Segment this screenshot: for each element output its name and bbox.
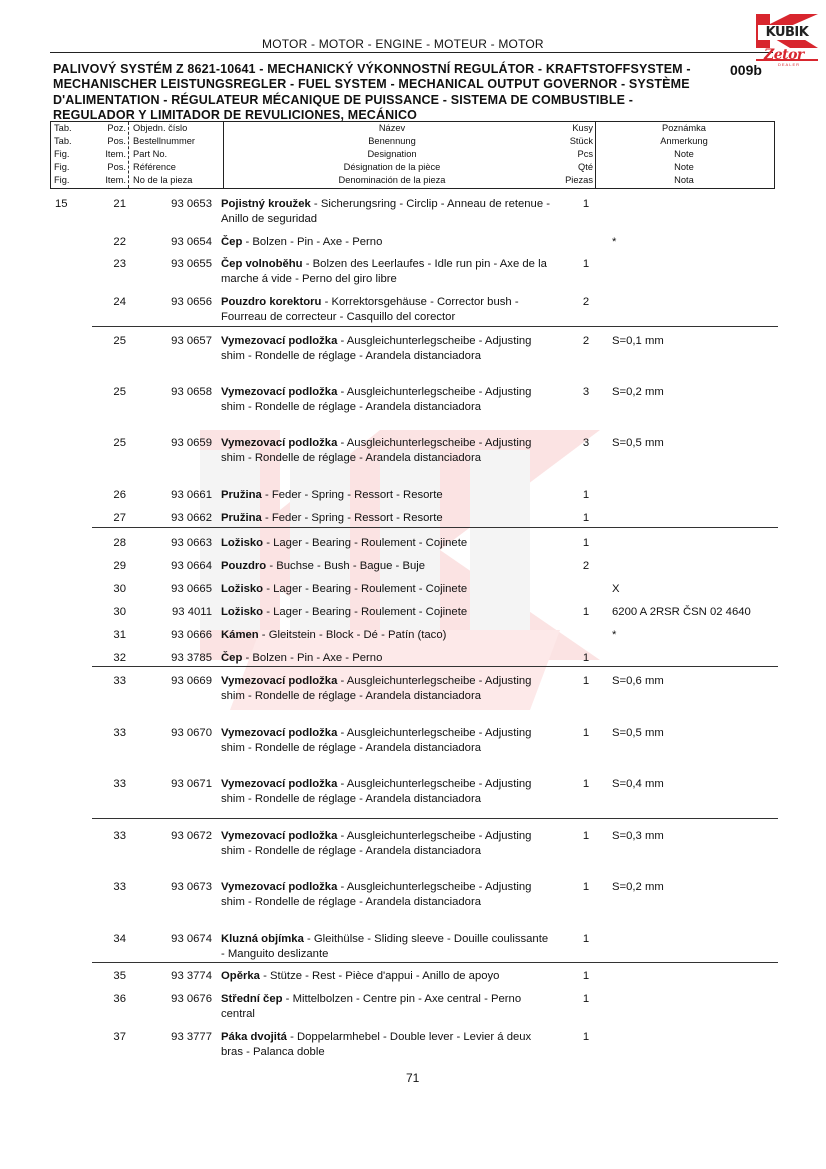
cell-position: 25 [100, 385, 126, 400]
cell-quantity: 1 [576, 488, 596, 503]
header-label: Fig. [54, 161, 99, 174]
logo-tagline: DEALER [778, 62, 800, 67]
cell-position: 32 [100, 651, 126, 666]
cell-quantity: 1 [576, 829, 596, 844]
heading-line: PALIVOVÝ SYSTÉM Z 8621-10641 - MECHANICK… [53, 62, 733, 77]
cell-description: Opěrka - Stütze - Rest - Pièce d'appui -… [221, 969, 551, 984]
description-translations: - Lager - Bearing - Roulement - Cojinete [263, 583, 467, 595]
description-czech-name: Pružina [221, 489, 262, 501]
cell-position: 33 [100, 777, 126, 792]
header-label: Kusy [559, 122, 593, 135]
cell-position: 33 [100, 726, 126, 741]
cell-position: 36 [100, 992, 126, 1007]
cell-part-number: 93 0671 [140, 777, 212, 792]
description-czech-name: Pouzdro korektoru [221, 296, 321, 308]
cell-quantity: 1 [576, 880, 596, 895]
cell-position: 22 [100, 235, 126, 250]
cell-position: 25 [100, 436, 126, 451]
cell-note: * [612, 628, 792, 643]
description-translations: - Feder - Spring - Ressort - Resorte [262, 512, 443, 524]
cell-part-number: 93 0664 [140, 559, 212, 574]
cell-part-number: 93 0673 [140, 880, 212, 895]
description-czech-name: Vymezovací podložka [221, 881, 337, 893]
cell-description: Ložisko - Lager - Bearing - Roulement - … [221, 536, 551, 551]
logo-brand-text: KUBIK [758, 25, 816, 40]
header-label: Stück [559, 135, 593, 148]
header-label: Pos. [99, 161, 126, 174]
cell-position: 30 [100, 582, 126, 597]
header-label: Fig. [54, 148, 99, 161]
header-label: Note [596, 161, 772, 174]
cell-part-number: 93 0669 [140, 674, 212, 689]
cell-note: S=0,5 mm [612, 726, 792, 741]
group-separator [92, 962, 778, 963]
description-translations: - Bolzen - Pin - Axe - Perno [242, 652, 382, 664]
description-czech-name: Páka dvojitá [221, 1031, 287, 1043]
cell-description: Vymezovací podložka - Ausgleichunterlegs… [221, 777, 551, 807]
cell-description: Pojistný kroužek - Sicherungsring - Circ… [221, 197, 551, 227]
cell-note: S=0,2 mm [612, 880, 792, 895]
cell-position: 34 [100, 932, 126, 947]
kubik-zetor-logo: KUBIK Zetor DEALER [756, 14, 818, 70]
description-czech-name: Kámen [221, 629, 259, 641]
cell-position: 33 [100, 829, 126, 844]
header-label: Pcs [559, 148, 593, 161]
cell-description: Vymezovací podložka - Ausgleichunterlegs… [221, 436, 551, 466]
cell-description: Ložisko - Lager - Bearing - Roulement - … [221, 582, 551, 597]
description-czech-name: Vymezovací podložka [221, 335, 337, 347]
description-translations: - Lager - Bearing - Roulement - Cojinete [263, 537, 467, 549]
header-col-note: Poznámka Anmerkung Note Note Nota [596, 122, 772, 188]
header-label: Benennung [224, 135, 560, 148]
header-label: Anmerkung [596, 135, 772, 148]
cell-position: 33 [100, 674, 126, 689]
cell-part-number: 93 0665 [140, 582, 212, 597]
section-title: MOTOR - MOTOR - ENGINE - MOTEUR - MOTOR [262, 37, 544, 51]
header-label: Qté [559, 161, 593, 174]
cell-position: 30 [100, 605, 126, 620]
description-translations: - Lager - Bearing - Roulement - Cojinete [263, 606, 467, 618]
page-code: 009b [730, 62, 762, 78]
cell-quantity: 1 [576, 651, 596, 666]
description-czech-name: Ložisko [221, 606, 263, 618]
cell-position: 29 [100, 559, 126, 574]
description-czech-name: Ložisko [221, 537, 263, 549]
table-header: Tab. Tab. Fig. Fig. Fig. Poz. Pos. Item.… [50, 121, 775, 189]
cell-description: Vymezovací podložka - Ausgleichunterlegs… [221, 726, 551, 756]
cell-position: 35 [100, 969, 126, 984]
cell-quantity: 1 [576, 674, 596, 689]
cell-part-number: 93 0676 [140, 992, 212, 1007]
description-czech-name: Vymezovací podložka [221, 386, 337, 398]
cell-description: Vymezovací podložka - Ausgleichunterlegs… [221, 674, 551, 704]
cell-part-number: 93 0662 [140, 511, 212, 526]
cell-part-number: 93 4011 [140, 605, 212, 620]
description-czech-name: Kluzná objímka [221, 933, 304, 945]
section-title-rule [50, 52, 773, 53]
header-col-poz: Poz. Pos. Item. Pos. Item. [99, 122, 129, 188]
header-label: Piezas [559, 174, 593, 187]
cell-part-number: 93 0666 [140, 628, 212, 643]
cell-part-number: 93 0657 [140, 334, 212, 349]
cell-position: 24 [100, 295, 126, 310]
description-czech-name: Opěrka [221, 970, 260, 982]
cell-quantity: 1 [576, 932, 596, 947]
header-label: Désignation de la pièce [224, 161, 560, 174]
cell-part-number: 93 0661 [140, 488, 212, 503]
group-separator [92, 818, 778, 819]
cell-quantity: 1 [576, 257, 596, 272]
cell-position: 37 [100, 1030, 126, 1045]
cell-quantity: 1 [576, 992, 596, 1007]
cell-position: 23 [100, 257, 126, 272]
header-label: Poznámka [596, 122, 772, 135]
cell-description: Ložisko - Lager - Bearing - Roulement - … [221, 605, 551, 620]
cell-quantity: 1 [576, 511, 596, 526]
description-translations: - Buchse - Bush - Bague - Buje [266, 560, 425, 572]
cell-part-number: 93 3785 [140, 651, 212, 666]
cell-note: S=0,5 mm [612, 436, 792, 451]
cell-note: S=0,1 mm [612, 334, 792, 349]
cell-part-number: 93 0672 [140, 829, 212, 844]
header-label: Part No. [133, 148, 223, 161]
description-czech-name: Vymezovací podložka [221, 830, 337, 842]
header-col-part: Objedn. číslo Bestellnummer Part No. Réf… [133, 122, 223, 188]
cell-description: Čep - Bolzen - Pin - Axe - Perno [221, 235, 551, 250]
description-czech-name: Čep volnoběhu [221, 258, 303, 270]
cell-part-number: 93 0674 [140, 932, 212, 947]
cell-part-number: 93 0663 [140, 536, 212, 551]
group-separator [92, 527, 778, 528]
header-label: No de la pieza [133, 174, 223, 187]
description-czech-name: Čep [221, 236, 242, 248]
cell-note: S=0,6 mm [612, 674, 792, 689]
cell-part-number: 93 3774 [140, 969, 212, 984]
cell-position: 28 [100, 536, 126, 551]
cell-description: Čep - Bolzen - Pin - Axe - Perno [221, 651, 551, 666]
header-label: Item. [99, 148, 126, 161]
cell-description: Pouzdro korektoru - Korrektorsgehäuse - … [221, 295, 551, 325]
cell-description: Pružina - Feder - Spring - Ressort - Res… [221, 488, 551, 503]
cell-description: Vymezovací podložka - Ausgleichunterlegs… [221, 334, 551, 364]
cell-description: Páka dvojitá - Doppelarmhebel - Double l… [221, 1030, 551, 1060]
header-col-tab: Tab. Tab. Fig. Fig. Fig. [54, 122, 99, 188]
description-translations: - Feder - Spring - Ressort - Resorte [262, 489, 443, 501]
cell-position: 33 [100, 880, 126, 895]
header-label: Objedn. číslo [133, 122, 223, 135]
cell-part-number: 93 0653 [140, 197, 212, 212]
cell-tab: 15 [55, 197, 68, 212]
cell-part-number: 93 3777 [140, 1030, 212, 1045]
cell-position: 27 [100, 511, 126, 526]
description-czech-name: Pružina [221, 512, 262, 524]
header-label: Nota [596, 174, 772, 187]
cell-position: 25 [100, 334, 126, 349]
header-label: Référence [133, 161, 223, 174]
cell-note: X [612, 582, 792, 597]
page-number: 71 [406, 1071, 419, 1085]
header-label: Bestellnummer [133, 135, 223, 148]
cell-part-number: 93 0659 [140, 436, 212, 451]
cell-note: S=0,4 mm [612, 777, 792, 792]
description-translations: - Bolzen - Pin - Axe - Perno [242, 236, 382, 248]
header-label: Item. [99, 174, 126, 187]
description-czech-name: Pojistný kroužek [221, 198, 311, 210]
cell-note: 6200 A 2RSR ČSN 02 4640 [612, 605, 792, 620]
header-label: Tab. [54, 122, 99, 135]
cell-note: S=0,2 mm [612, 385, 792, 400]
cell-quantity: 1 [576, 777, 596, 792]
description-translations: - Stütze - Rest - Pièce d'appui - Anillo… [260, 970, 500, 982]
cell-quantity: 2 [576, 295, 596, 310]
description-czech-name: Vymezovací podložka [221, 675, 337, 687]
cell-quantity: 1 [576, 726, 596, 741]
cell-description: Vymezovací podložka - Ausgleichunterlegs… [221, 385, 551, 415]
cell-description: Pouzdro - Buchse - Bush - Bague - Buje [221, 559, 551, 574]
cell-quantity: 3 [576, 436, 596, 451]
header-label: Poz. [99, 122, 126, 135]
header-label: Denominación de la pieza [224, 174, 560, 187]
description-czech-name: Čep [221, 652, 242, 664]
page-heading: PALIVOVÝ SYSTÉM Z 8621-10641 - MECHANICK… [53, 62, 733, 123]
cell-note: * [612, 235, 792, 250]
cell-note: S=0,3 mm [612, 829, 792, 844]
cell-quantity: 1 [576, 1030, 596, 1045]
description-czech-name: Vymezovací podložka [221, 778, 337, 790]
logo-underline [756, 59, 818, 61]
group-separator [92, 326, 778, 327]
cell-description: Vymezovací podložka - Ausgleichunterlegs… [221, 880, 551, 910]
header-label: Note [596, 148, 772, 161]
description-czech-name: Střední čep [221, 993, 283, 1005]
cell-part-number: 93 0656 [140, 295, 212, 310]
description-translations: - Gleitstein - Block - Dé - Patín (taco) [259, 629, 447, 641]
cell-position: 26 [100, 488, 126, 503]
cell-description: Pružina - Feder - Spring - Ressort - Res… [221, 511, 551, 526]
cell-part-number: 93 0654 [140, 235, 212, 250]
cell-description: Kluzná objímka - Gleithülse - Sliding sl… [221, 932, 551, 962]
header-label: Designation [224, 148, 560, 161]
cell-quantity: 1 [576, 605, 596, 620]
description-czech-name: Vymezovací podložka [221, 437, 337, 449]
cell-description: Střední čep - Mittelbolzen - Centre pin … [221, 992, 551, 1022]
group-separator [92, 666, 778, 667]
cell-quantity: 2 [576, 334, 596, 349]
header-label: Název [224, 122, 560, 135]
cell-quantity: 3 [576, 385, 596, 400]
cell-description: Kámen - Gleitstein - Block - Dé - Patín … [221, 628, 551, 643]
cell-quantity: 2 [576, 559, 596, 574]
description-czech-name: Vymezovací podložka [221, 727, 337, 739]
header-col-name: Název Benennung Designation Désignation … [223, 122, 560, 188]
cell-quantity: 1 [576, 197, 596, 212]
heading-line: D'ALIMENTATION - RÉGULATEUR MÉCANIQUE DE… [53, 93, 733, 108]
header-col-qty: Kusy Stück Pcs Qté Piezas [559, 122, 596, 188]
description-czech-name: Ložisko [221, 583, 263, 595]
cell-part-number: 93 0658 [140, 385, 212, 400]
header-label: Tab. [54, 135, 99, 148]
cell-quantity: 1 [576, 969, 596, 984]
cell-part-number: 93 0670 [140, 726, 212, 741]
cell-quantity: 1 [576, 536, 596, 551]
header-label: Fig. [54, 174, 99, 187]
description-czech-name: Pouzdro [221, 560, 266, 572]
cell-position: 31 [100, 628, 126, 643]
heading-line: MECHANISCHER LEISTUNGSREGLER - FUEL SYST… [53, 77, 733, 92]
cell-description: Vymezovací podložka - Ausgleichunterlegs… [221, 829, 551, 859]
cell-position: 21 [100, 197, 126, 212]
cell-part-number: 93 0655 [140, 257, 212, 272]
header-label: Pos. [99, 135, 126, 148]
cell-description: Čep volnoběhu - Bolzen des Leerlaufes - … [221, 257, 551, 287]
